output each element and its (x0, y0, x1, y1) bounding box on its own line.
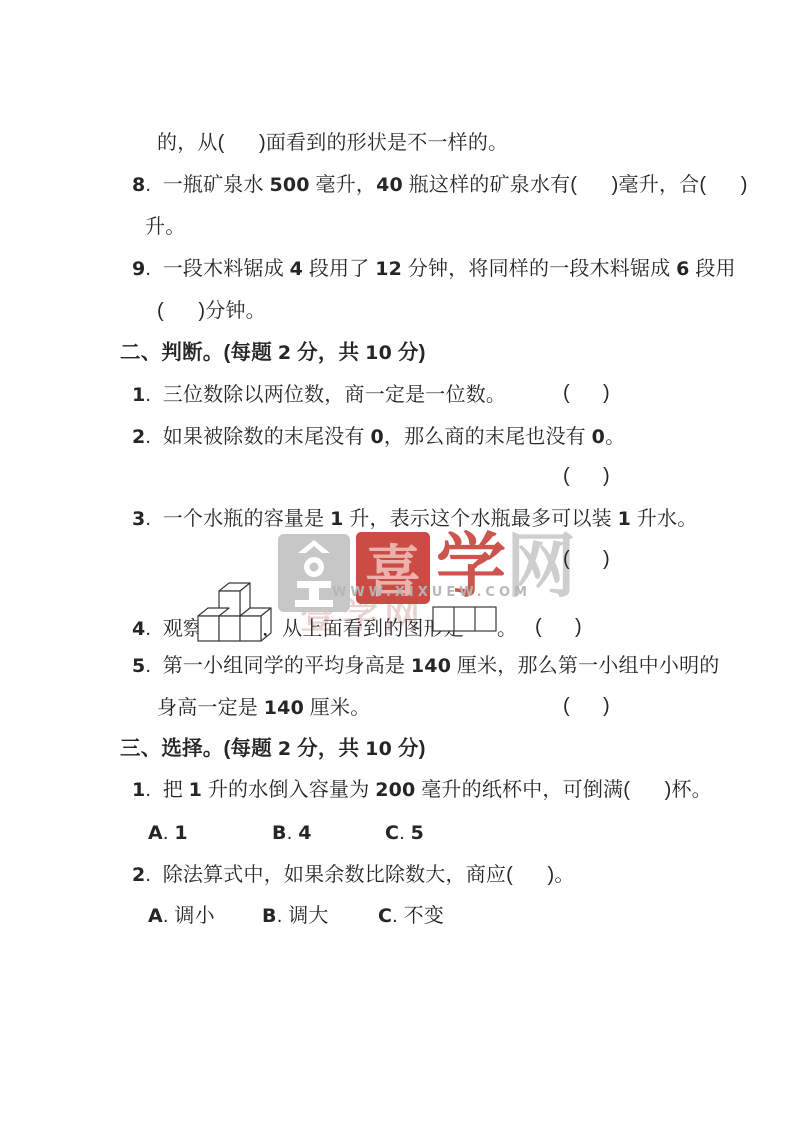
judgment-q4-prefix: 4. 观察 (132, 616, 203, 642)
choice-q2-option-b: B. 调大 (262, 903, 329, 929)
judgment-q5-line1: 5. 第一小组同学的平均身高是 140 厘米，那么第一小组中小明的 (132, 653, 719, 679)
judgment-q1-text: 1. 三位数除以两位数，商一定是一位数。 (132, 382, 506, 408)
judgment-q4-suffix: 。 (497, 616, 517, 642)
choice-section-title: 三、选择。(每题 2 分，共 10 分) (120, 736, 426, 762)
judgment-section-title: 二、判断。(每题 2 分，共 10 分) (120, 340, 426, 366)
fill-in-q8-line1: 8. 一瓶矿泉水 500 毫升，40 瓶这样的矿泉水有( )毫升，合( ) (132, 172, 748, 198)
watermark-url: WWW.XIXUEW.COM (332, 585, 531, 600)
watermark: 壹学网 喜 学 网 WWW.XIXUEW.COM (0, 0, 793, 1122)
judgment-q2-text: 2. 如果被除数的末尾没有 0，那么商的末尾也没有 0。 (132, 424, 625, 450)
fill-in-q8-line2: 升。 (145, 214, 185, 240)
fill-in-q9-line2: ( )分钟。 (157, 298, 266, 324)
choice-q2-option-a: A. 调小 (148, 903, 215, 929)
judgment-q3-text: 3. 一个水瓶的容量是 1 升，表示这个水瓶最多可以装 1 升水。 (132, 506, 697, 532)
judgment-q5-line2: 身高一定是 140 厘米。 (157, 695, 370, 721)
choice-q2-text: 2. 除法算式中，如果余数比除数大，商应( )。 (132, 862, 575, 888)
choice-q1-option-c: C. 5 (385, 820, 424, 846)
choice-q1-option-a: A. 1 (148, 820, 188, 846)
fill-in-q9-line1: 9. 一段木料锯成 4 段用了 12 分钟，将同样的一段木料锯成 6 段用 (132, 256, 736, 282)
xixue-logo-icon (278, 534, 350, 614)
watermark-char-xi: 喜 (356, 532, 430, 604)
choice-q1-text: 1. 把 1 升的水倒入容量为 200 毫升的纸杯中，可倒满( )杯。 (132, 777, 712, 803)
test-paper-page: 壹学网 喜 学 网 WWW.XIXUEW.COM 的，从( )面看到的形状是不一… (0, 0, 793, 1122)
judgment-q4-answer-blank: ( ) (535, 616, 582, 639)
watermark-char-xue: 学 (436, 530, 506, 602)
judgment-q3-answer-blank: ( ) (563, 548, 610, 571)
judgment-q1-answer-blank: ( ) (563, 382, 610, 405)
three-squares-row-figure (432, 606, 498, 633)
choice-q2-option-c: C. 不变 (378, 903, 444, 929)
fill-in-q7-continuation: 的，从( )面看到的形状是不一样的。 (157, 130, 508, 156)
choice-q1-option-b: B. 4 (272, 820, 312, 846)
judgment-q5-answer-blank: ( ) (563, 695, 610, 718)
judgment-q2-answer-blank: ( ) (563, 465, 610, 488)
